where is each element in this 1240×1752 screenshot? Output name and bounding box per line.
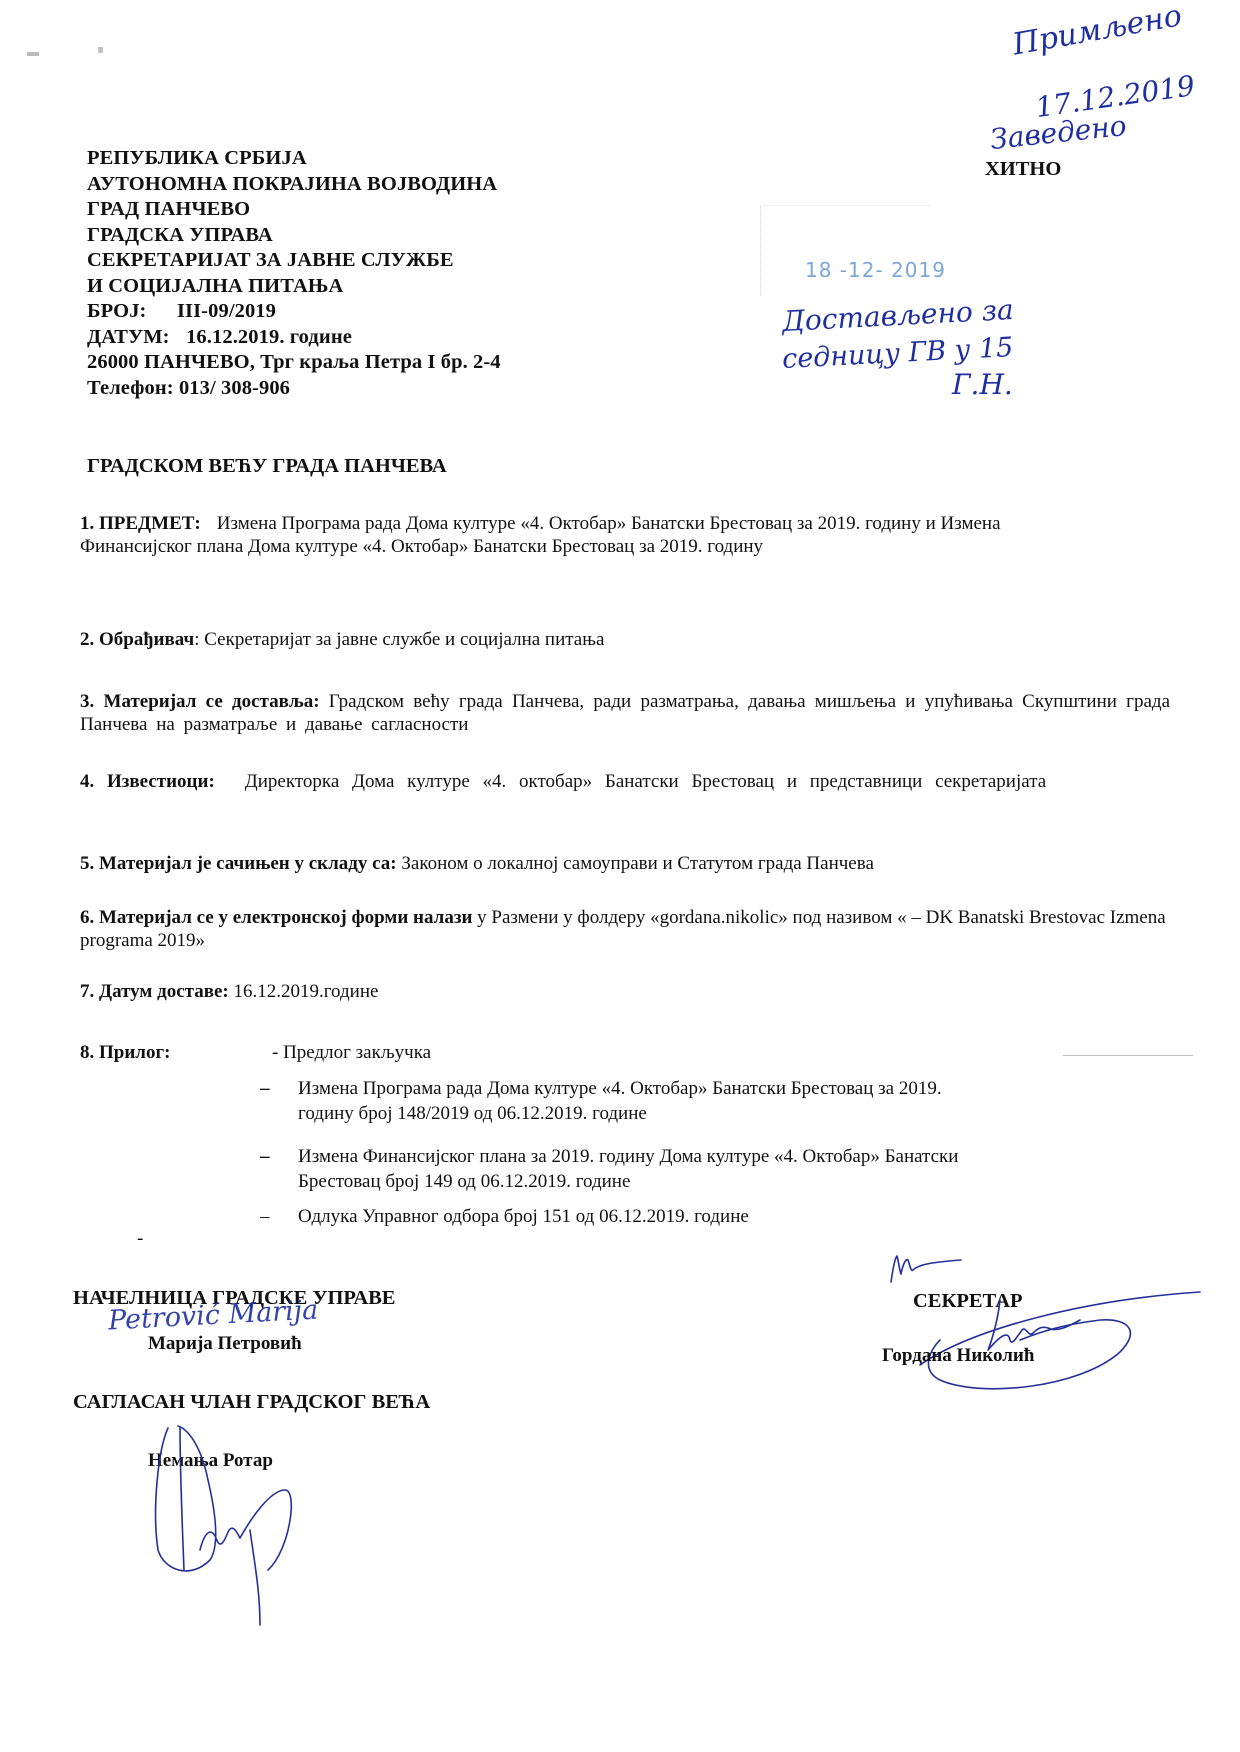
attachment-line: Брестовац број 149 од 06.12.2019. године <box>298 1169 1148 1194</box>
scan-speck <box>27 52 39 56</box>
section-subject: 1. ПРЕДМЕТ:Измена Програма рада Дома кул… <box>80 512 1090 558</box>
attachment-line: Одлука Управног одбора број 151 од 06.12… <box>298 1204 1148 1229</box>
scan-line <box>1063 1055 1193 1056</box>
section-label: 6. Материјал се у електронској форми нал… <box>80 907 472 928</box>
addressee: ГРАДСКОМ ВЕЋУ ГРАДА ПАНЧЕВА <box>87 455 447 478</box>
attachment-line: Измена Програма рада Дома културе «4. Ок… <box>298 1076 1148 1101</box>
address: 26000 ПАНЧЕВО, Трг краља Петра I бр. 2-4 <box>87 350 501 376</box>
section-rapporteurs: 4. Известиоци:Директорка Дома културе «4… <box>80 770 1170 793</box>
handwritten-note-line: Г.Н. <box>952 368 1052 401</box>
letterhead-line: И СОЦИЈАЛНА ПИТАЊА <box>87 274 501 300</box>
section-delivery-date: 7. Датум доставе: 16.12.2019.године <box>80 980 1170 1003</box>
handwritten-received: Примљено <box>1010 0 1233 62</box>
section-label: 3. Материјал се доставља: <box>80 691 320 712</box>
section-text: 16.12.2019.године <box>233 981 378 1002</box>
handwritten-receipt: Примљено 17.12.2019 Заведено <box>1010 28 1230 63</box>
letterhead-line: ГРАД ПАНЧЕВО <box>87 197 501 223</box>
section-delivery: 3. Материјал се доставља: Градском већу … <box>80 690 1170 736</box>
signature-council <box>150 1420 340 1630</box>
letterhead-line: РЕПУБЛИКА СРБИЈА <box>87 146 501 172</box>
attachment-line: Измена Финансијског плана за 2019. годин… <box>298 1144 1148 1169</box>
letterhead-line: СЕКРЕТАРИЈАТ ЗА ЈАВНЕ СЛУЖБЕ <box>87 248 501 274</box>
section-label: 7. Датум доставе: <box>80 981 229 1002</box>
urgent-label: ХИТНО <box>985 158 1061 181</box>
attachment-item: – Измена Финансијског плана за 2019. год… <box>260 1144 1150 1196</box>
section-label: 5. Материјал је сачињен у складу са: <box>80 853 397 874</box>
section-text: Директорка Дома културе «4. октобар» Бан… <box>245 771 1046 792</box>
signatory-name-secretary: Гордана Николић <box>882 1345 1034 1367</box>
phone: Телефон: 013/ 308-906 <box>87 376 501 402</box>
document-date: ДАТУМ: 16.12.2019. године <box>87 325 501 351</box>
letterhead-line: ГРАДСКА УПРАВА <box>87 223 501 249</box>
signatory-title-council: САГЛАСАН ЧЛАН ГРАДСКОГ ВЕЋА <box>73 1391 430 1414</box>
attachment-dash: – <box>260 1076 270 1101</box>
section-label: 4. Известиоци: <box>80 771 215 792</box>
section-compliance: 5. Материјал је сачињен у складу са: Зак… <box>80 852 1170 875</box>
attachment-dash: – <box>260 1204 270 1229</box>
section-electronic: 6. Материјал се у електронској форми нал… <box>80 906 1180 952</box>
reception-stamp <box>760 205 931 296</box>
scan-speck <box>98 47 103 53</box>
section-label: 1. ПРЕДМЕТ: <box>80 513 201 534</box>
section-text: Законом о локалној самоуправи и Статутом… <box>401 853 874 874</box>
attachment-line: годину број 148/2019 од 06.12.2019. годи… <box>298 1101 1148 1126</box>
signature-secretary <box>880 1270 1220 1400</box>
section-preparer: 2. Обрађивач: Секретаријат за јавне служ… <box>80 628 1170 651</box>
attachment-dash: – <box>260 1144 270 1169</box>
attachment-item: - Предлог закључка <box>272 1042 431 1064</box>
document-date-value: 16.12.2019. године <box>186 326 352 348</box>
section-text: Измена Програма рада Дома културе «4. Ок… <box>80 513 1001 557</box>
handwritten-registered: Заведено <box>989 109 1128 156</box>
stray-dash: - <box>137 1228 143 1250</box>
attachment-item: – Измена Програма рада Дома културе «4. … <box>260 1076 1150 1128</box>
document-number-label: БРОЈ: <box>87 300 146 322</box>
stamp-date: 18 -12- 2019 <box>805 258 946 282</box>
letterhead: РЕПУБЛИКА СРБИЈА АУТОНОМНА ПОКРАЈИНА ВОЈ… <box>87 146 501 401</box>
handwritten-note: Достављено за седницу ГВ у 15 Г.Н. <box>782 298 1052 401</box>
document-number-value: III-09/2019 <box>177 300 276 322</box>
section-text: : Секретаријат за јавне службе и социјал… <box>194 629 604 650</box>
attachments-label: 8. Прилог: <box>80 1042 170 1064</box>
section-label: 2. Обрађивач <box>80 629 194 650</box>
letterhead-line: АУТОНОМНА ПОКРАЈИНА ВОЈВОДИНА <box>87 172 501 198</box>
attachment-item: – Одлука Управног одбора број 151 од 06.… <box>260 1204 1150 1230</box>
document-number: БРОЈ: III-09/2019 <box>87 299 501 325</box>
document-date-label: ДАТУМ: <box>87 326 170 348</box>
signatory-name-head: Марија Петровић <box>148 1333 302 1355</box>
